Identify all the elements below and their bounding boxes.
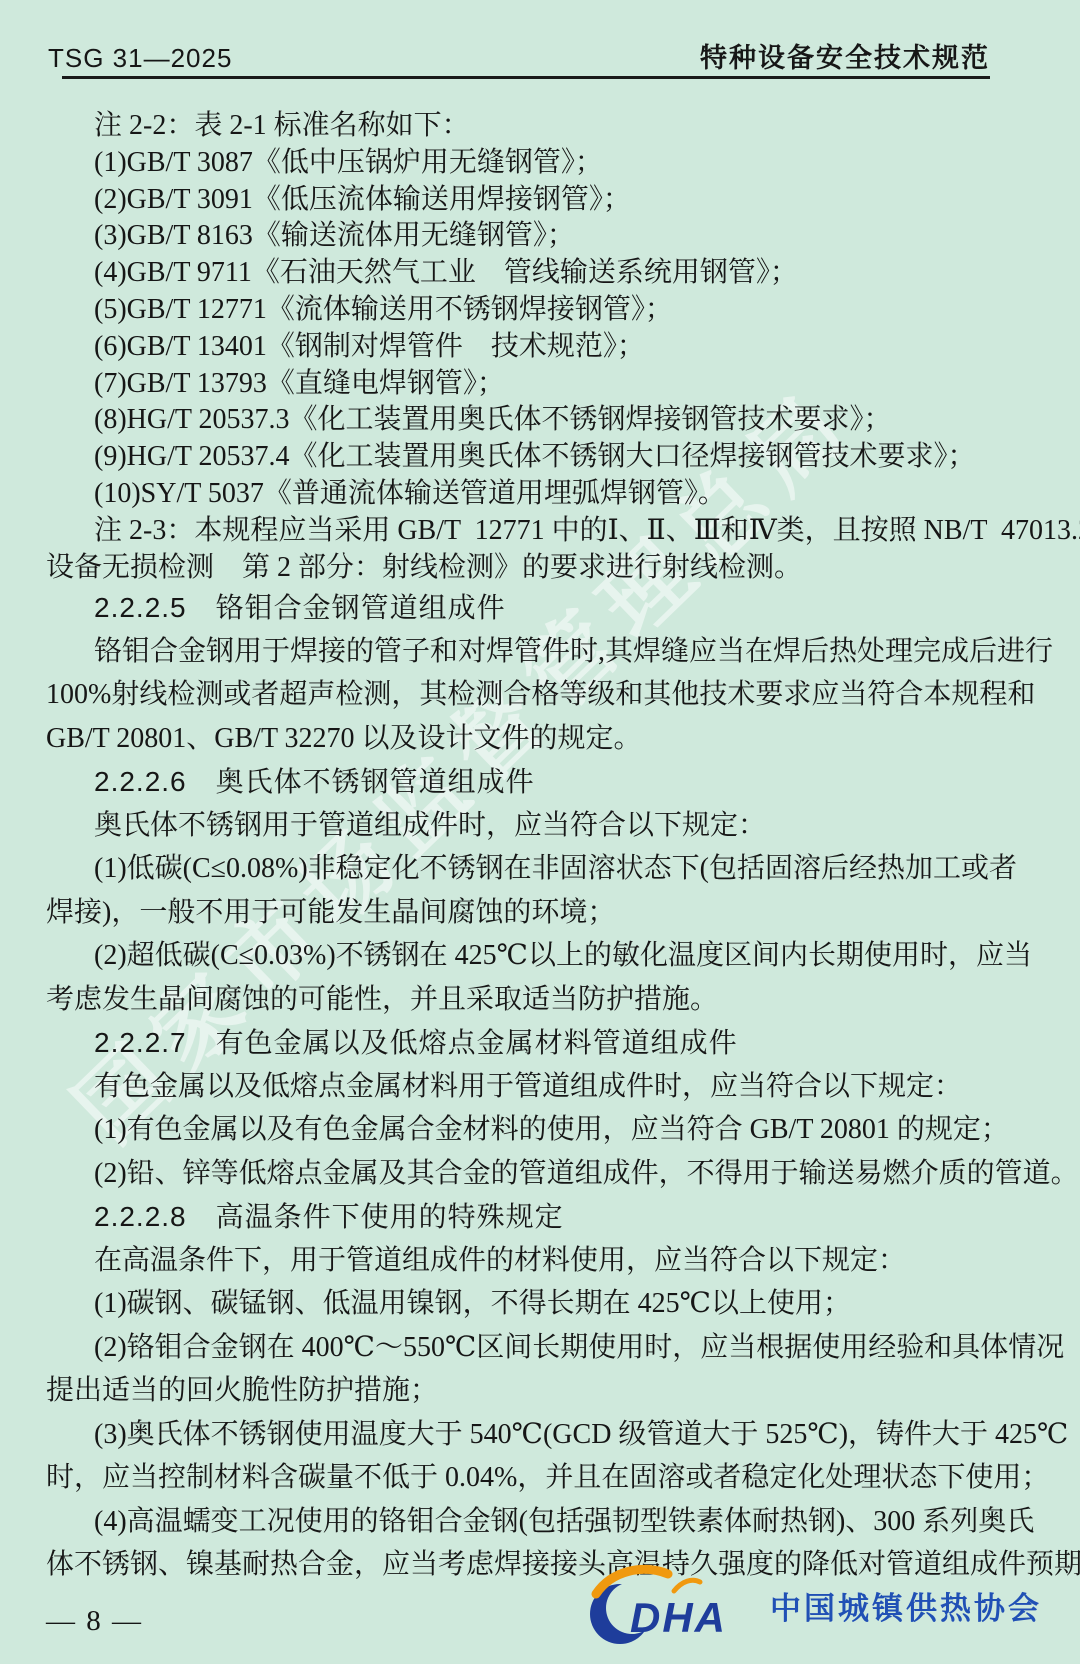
page-number: — 8 — [46,1605,143,1638]
text-line: (4)GB/T 9711《石油天然气工业 管线输送系统用钢管》； [46,255,1076,292]
text-line: (2)铬钼合金钢在 400℃～550℃区间长期使用时，应当根据使用经验和具体情况 [46,1326,1076,1370]
text-line: 2.2.2.8 高温条件下使用的特殊规定 [46,1195,1076,1239]
text-line: (8)HG/T 20537.3《化工装置用奥氏体不锈钢焊接钢管技术要求》； [46,402,1076,439]
header-doc-title: 特种设备安全技术规范 [700,36,990,75]
text-line: (3)GB/T 8163《输送流体用无缝钢管》； [46,218,1076,255]
text-line: (6)GB/T 13401《钢制对焊管件 技术规范》； [46,329,1076,366]
text-line: (2)超低碳(C≤0.03%)不锈钢在 425℃以上的敏化温度区间内长期使用时，… [46,934,1076,978]
text-line: (3)奥氏体不锈钢使用温度大于 540℃(GCD 级管道大于 525℃)，铸件大… [46,1413,1076,1457]
text-line: (2)GB/T 3091《低压流体输送用焊接钢管》； [46,182,1076,219]
text-line: 100%射线检测或者超声检测，其检测合格等级和其他技术要求应当符合本规程和 [46,673,1076,717]
text-line: (5)GB/T 12771《流体输送用不锈钢焊接钢管》； [46,292,1076,329]
text-line: 焊接)，一般不用于可能发生晶间腐蚀的环境； [46,891,1076,935]
text-line: 注 2-3：本规程应当采用 GB/T 12771 中的Ⅰ、Ⅱ、Ⅲ和Ⅳ类，且按照 … [46,513,1076,550]
text-line: 2.2.2.7 有色金属以及低熔点金属材料管道组成件 [46,1021,1076,1065]
document-body: 注 2-2：表 2-1 标准名称如下：(1)GB/T 3087《低中压锅炉用无缝… [46,108,1076,1587]
text-line: (7)GB/T 13793《直缝电焊钢管》； [46,366,1076,403]
logo-text: DHA [630,1594,727,1641]
text-line: (1)低碳(C≤0.08%)非稳定化不锈钢在非固溶状态下(包括固溶后经热加工或者 [46,847,1076,891]
text-line: 时，应当控制材料含碳量不低于 0.04%，并且在固溶或者稳定化处理状态下使用； [46,1456,1076,1500]
text-line: (1)GB/T 3087《低中压锅炉用无缝钢管》； [46,145,1076,182]
text-line: (2)铅、锌等低熔点金属及其合金的管道组成件，不得用于输送易燃介质的管道。 [46,1152,1076,1196]
text-line: 2.2.2.5 铬钼合金钢管道组成件 [46,586,1076,630]
text-line: 提出适当的回火脆性防护措施； [46,1369,1076,1413]
header-doc-code: TSG 31—2025 [48,43,232,74]
text-line: 设备无损检测 第 2 部分：射线检测》的要求进行射线检测。 [46,550,1076,587]
text-line: 铬钼合金钢用于焊接的管子和对焊管件时,其焊缝应当在焊后热处理完成后进行 [46,630,1076,674]
text-line: 有色金属以及低熔点金属材料用于管道组成件时，应当符合以下规定： [46,1065,1076,1109]
dha-logo-mark: DHA [582,1564,760,1646]
text-line: 2.2.2.6 奥氏体不锈钢管道组成件 [46,760,1076,804]
text-line: 在高温条件下，用于管道组成件的材料使用，应当符合以下规定： [46,1239,1076,1283]
text-line: 注 2-2：表 2-1 标准名称如下： [46,108,1076,145]
text-line: (10)SY/T 5037《普通流体输送管道用埋弧焊钢管》。 [46,476,1076,513]
document-page: TSG 31—2025 特种设备安全技术规范 国家市场监督管理总局 注 2-2：… [0,0,1080,1664]
text-line: (1)有色金属以及有色金属合金材料的使用，应当符合 GB/T 20801 的规定… [46,1108,1076,1152]
text-line: (1)碳钢、碳锰钢、低温用镍钢，不得长期在 425℃以上使用； [46,1282,1076,1326]
text-line: 考虑发生晶间腐蚀的可能性，并且采取适当防护措施。 [46,978,1076,1022]
page-header: TSG 31—2025 特种设备安全技术规范 [48,36,990,75]
header-rule [62,76,990,79]
text-line: (9)HG/T 20537.4《化工装置用奥氏体不锈钢大口径焊接钢管技术要求》； [46,439,1076,476]
text-line: 奥氏体不锈钢用于管道组成件时，应当符合以下规定： [46,804,1076,848]
org-name: 中国城镇供热协会 [770,1583,1042,1628]
dha-logo: DHA 中国城镇供热协会 [582,1564,1042,1646]
text-line: (4)高温蠕变工况使用的铬钼合金钢(包括强韧型铁素体耐热钢)、300 系列奥氏 [46,1500,1076,1544]
text-line: GB/T 20801、GB/T 32270 以及设计文件的规定。 [46,717,1076,761]
